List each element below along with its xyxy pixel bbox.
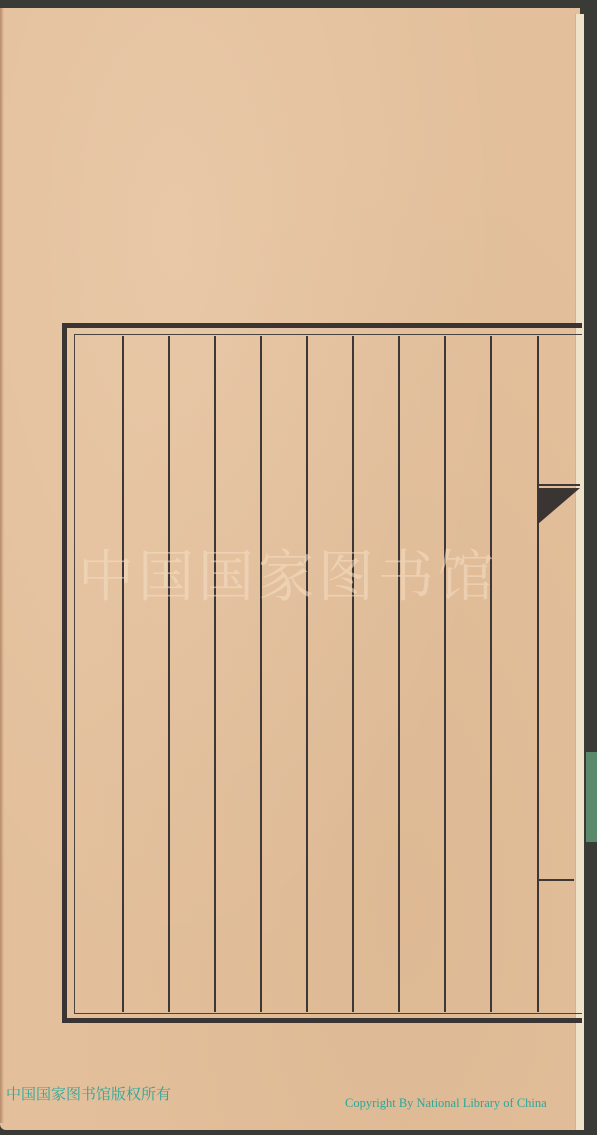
- copyright-chinese: 中国国家图书馆版权所有: [6, 1083, 171, 1104]
- column-rule: [306, 336, 308, 1012]
- column-rule: [398, 336, 400, 1012]
- column-rule: [260, 336, 262, 1012]
- fishtail-marker: [538, 488, 580, 524]
- inner-frame-border: [74, 334, 582, 1014]
- column-rule: [444, 336, 446, 1012]
- fishtail-top-line: [538, 484, 580, 486]
- column-rule: [537, 336, 539, 1012]
- column-rule: [122, 336, 124, 1012]
- column-rule: [490, 336, 492, 1012]
- margin-mark-line: [538, 879, 574, 881]
- column-rule: [168, 336, 170, 1012]
- page-gutter-shadow: [0, 8, 4, 1123]
- copyright-english: Copyright By National Library of China: [345, 1096, 547, 1111]
- green-cover-tab: [586, 752, 597, 842]
- column-rule: [352, 336, 354, 1012]
- watermark-text: 中国国家图书馆: [78, 533, 538, 613]
- column-rule: [214, 336, 216, 1012]
